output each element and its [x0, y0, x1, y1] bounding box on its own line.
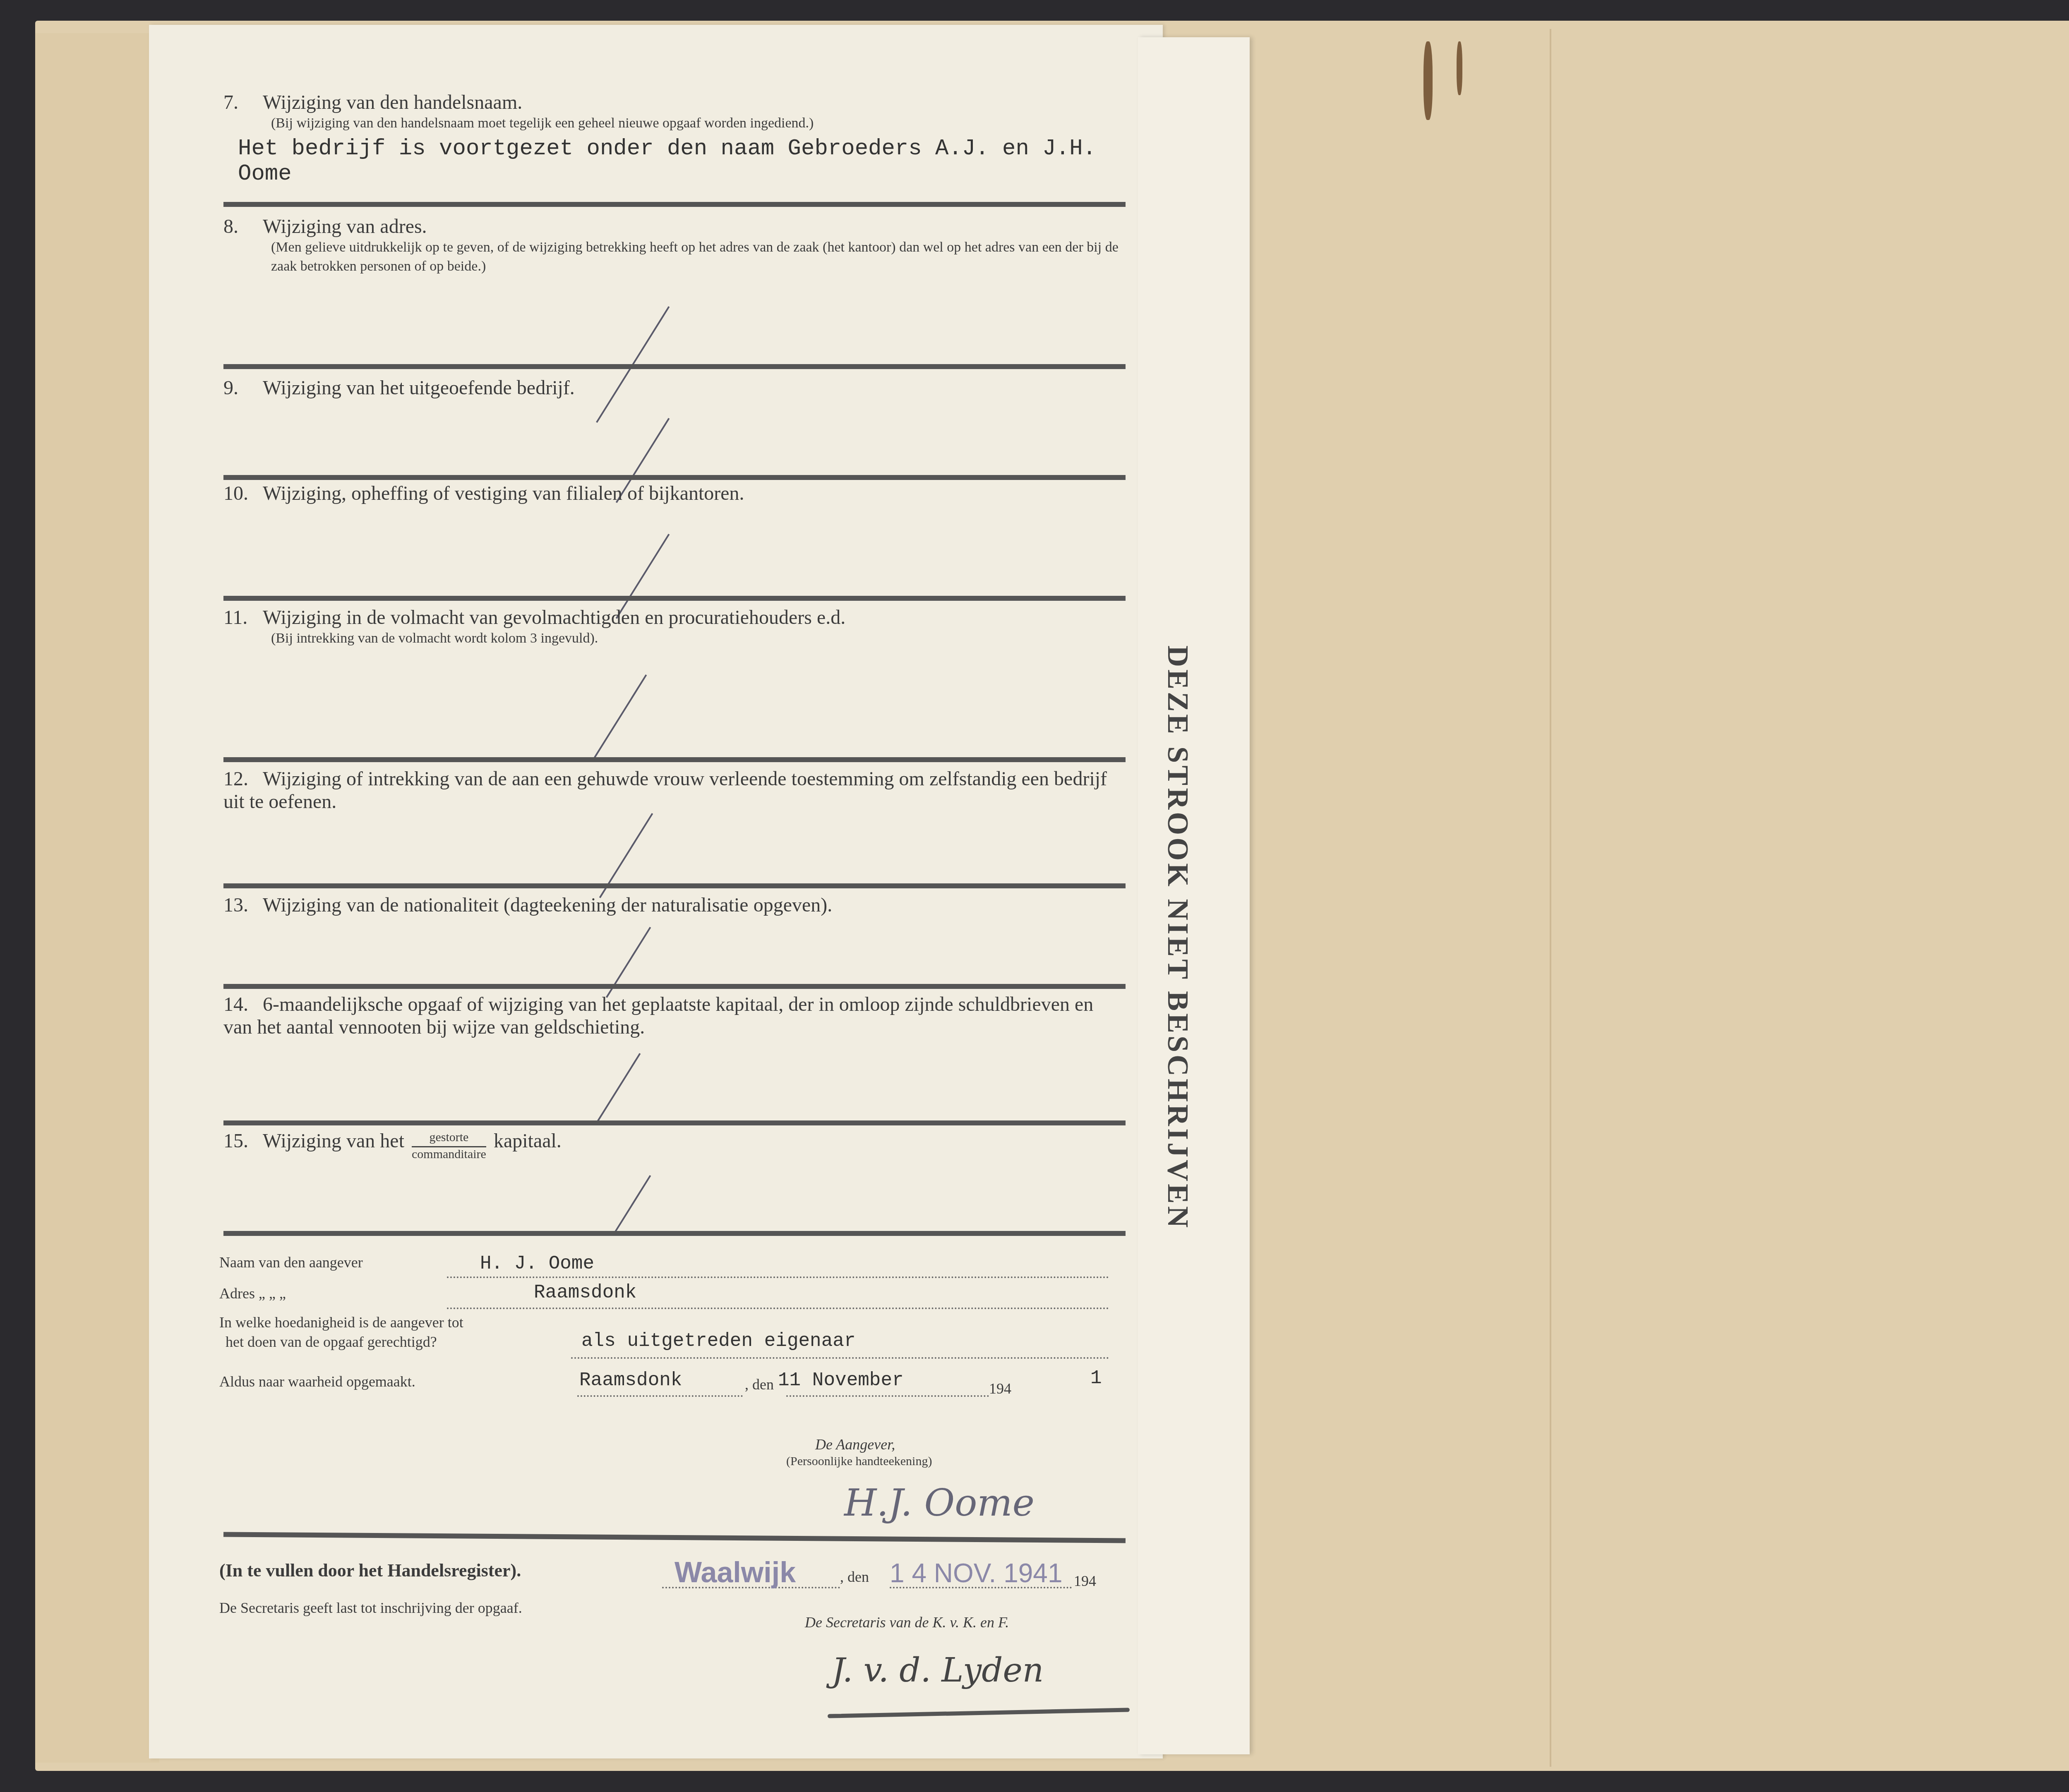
- section-title: Wijziging van het uitgeoefende bedrijf.: [263, 377, 575, 399]
- section-title: Wijziging in de volmacht van gevolmachti…: [263, 607, 845, 629]
- section-number: 9.: [223, 377, 263, 399]
- rust-stain: [1457, 41, 1462, 95]
- section-note: (Bij intrekking van de volmacht wordt ko…: [223, 629, 1126, 648]
- section-number: 7.: [223, 91, 263, 114]
- section-10: 10.Wijziging, opheffing of vestiging van…: [223, 482, 1126, 505]
- declarant-name-value[interactable]: H. J. Oome: [480, 1253, 594, 1274]
- declarant-address-value[interactable]: Raamsdonk: [534, 1282, 636, 1303]
- section-title: Wijziging, opheffing of vestiging van fi…: [263, 482, 744, 504]
- section-number: 14.: [223, 993, 263, 1016]
- section-divider: [223, 364, 1126, 369]
- made-place-value[interactable]: Raamsdonk: [579, 1370, 682, 1391]
- section-divider: [223, 1120, 1126, 1125]
- section-15: 15.Wijziging van het gestortecommanditai…: [223, 1130, 1126, 1161]
- section-divider: [223, 883, 1126, 888]
- declarant-signature: H.J. Oome: [844, 1481, 1034, 1525]
- section-number: 13.: [223, 894, 263, 916]
- section-title-suffix: kapitaal.: [494, 1130, 562, 1152]
- section-number: 10.: [223, 482, 263, 505]
- declarant-name-label: Naam van den aangever: [219, 1254, 363, 1271]
- made-label: Aldus naar waarheid opgemaakt.: [219, 1373, 415, 1390]
- registry-label: (In te vullen door het Handelsregister).: [219, 1560, 521, 1581]
- section-number: 11.: [223, 606, 263, 629]
- section-divider: [223, 757, 1126, 762]
- typed-answer: Het bedrijf is voortgezet onder den naam…: [223, 136, 1126, 187]
- declarant-address-label: Adres „ „ „: [219, 1285, 286, 1302]
- made-place-line: [577, 1395, 743, 1397]
- section-divider: [223, 202, 1126, 207]
- secretary-title: De Secretaris van de K. v. K. en F.: [805, 1614, 1009, 1631]
- section-divider: [223, 984, 1126, 989]
- folder-fold-line: [1550, 29, 1551, 1767]
- section-14: 14.6-maandelijksche opgaaf of wijziging …: [223, 993, 1126, 1039]
- capital-type-fraction: gestortecommanditaire: [412, 1130, 486, 1161]
- section-12: 12.Wijziging of intrekking van de aan ee…: [223, 768, 1126, 813]
- declarant-address-line: [447, 1307, 1109, 1309]
- section-note: (Men gelieve uitdrukkelijk op te geven, …: [223, 238, 1126, 276]
- registry-date-stamp: 1 4 NOV. 1941: [890, 1558, 1063, 1588]
- signer-note: (Persoonlijke handteekening): [786, 1454, 932, 1468]
- section-number: 15.: [223, 1130, 263, 1152]
- section-divider: [223, 1231, 1126, 1236]
- capacity-label-2: het doen van de opgaaf gerechtigd?: [226, 1333, 437, 1351]
- den-label: , den: [745, 1376, 774, 1393]
- registry-place-stamp: Waalwijk: [674, 1556, 796, 1589]
- registry-den-label: , den: [840, 1568, 869, 1586]
- section-13: 13.Wijziging van de nationaliteit (dagte…: [223, 894, 1126, 916]
- section-7: 7.Wijziging van den handelsnaam. (Bij wi…: [223, 91, 1126, 187]
- section-divider: [223, 596, 1126, 601]
- strip-notice: DEZE STROOK NIET BESCHRIJVEN: [1161, 645, 1195, 1230]
- registry-year-prefix: 194: [1074, 1572, 1096, 1590]
- made-date-value[interactable]: 11 November: [778, 1370, 904, 1391]
- section-number: 12.: [223, 768, 263, 790]
- year-suffix-value[interactable]: 1: [1090, 1367, 1102, 1389]
- section-9: 9.Wijziging van het uitgeoefende bedrijf…: [223, 377, 1126, 399]
- rust-stain: [1423, 41, 1433, 120]
- secretary-instruction: De Secretaris geeft last tot inschrijvin…: [219, 1599, 522, 1617]
- section-divider: [223, 475, 1126, 480]
- section-8: 8.Wijziging van adres. (Men gelieve uitd…: [223, 215, 1126, 276]
- folder-left-flap: [35, 33, 159, 1763]
- fraction-bottom: commanditaire: [412, 1147, 486, 1161]
- capacity-label-1: In welke hoedanigheid is de aangever tot: [219, 1314, 463, 1331]
- section-title: Wijziging van adres.: [263, 216, 427, 237]
- capacity-line: [571, 1357, 1109, 1359]
- secretary-signature: J. v. d. Lyden: [832, 1651, 1044, 1689]
- signer-title: De Aangever,: [815, 1436, 895, 1453]
- section-number: 8.: [223, 215, 263, 238]
- fraction-top: gestorte: [412, 1130, 486, 1147]
- section-note: (Bij wijziging van den handelsnaam moet …: [223, 114, 1126, 133]
- year-prefix: 194: [989, 1380, 1011, 1397]
- declarant-name-line: [447, 1276, 1109, 1278]
- section-title: 6-maandelijksche opgaaf of wijziging van…: [223, 993, 1093, 1038]
- section-title: Wijziging van de nationaliteit (dagteeke…: [263, 894, 832, 916]
- capacity-value[interactable]: als uitgetreden eigenaar: [581, 1330, 856, 1352]
- section-title: Wijziging of intrekking van de aan een g…: [223, 768, 1107, 813]
- made-date-line: [786, 1395, 989, 1397]
- section-11: 11.Wijziging in de volmacht van gevolmac…: [223, 606, 1126, 648]
- section-title: Wijziging van het: [263, 1130, 404, 1152]
- section-title: Wijziging van den handelsnaam.: [263, 91, 522, 113]
